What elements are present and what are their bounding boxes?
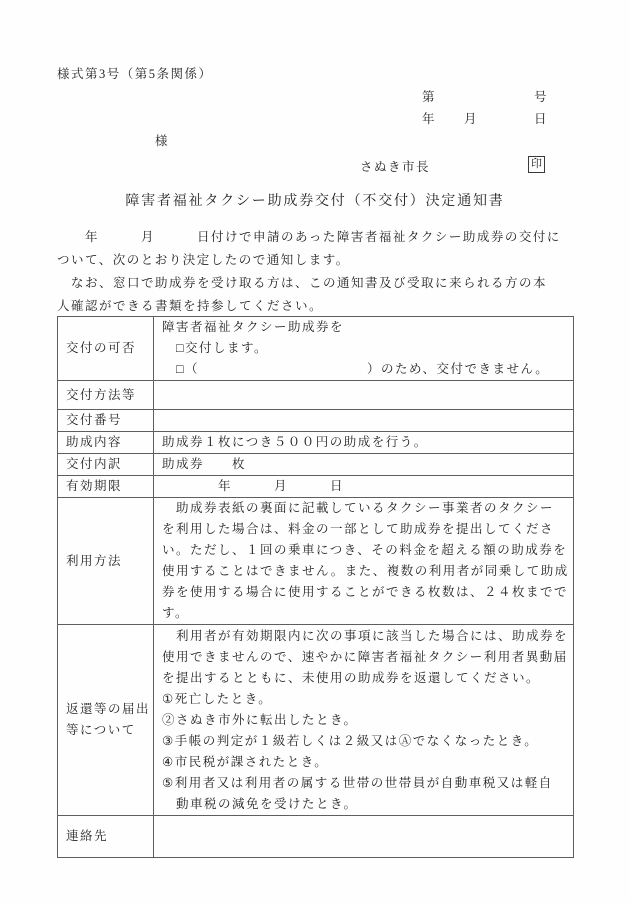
table-row-return-notification: 返還等の届出 等について 利用者が有効期限内に次の事項に該当した場合には、助成券…: [58, 625, 574, 816]
row-label: 連絡先: [58, 816, 154, 858]
document-number-line: 第 号: [422, 87, 548, 105]
sender-name: さぬき市長: [360, 157, 430, 175]
table-row-usage-instructions: 利用方法 助成券表紙の裏面に記載しているタクシー事業者のタクシー を利用した場合…: [58, 498, 574, 625]
row-content: 助成券 枚: [154, 454, 574, 476]
table-row-issuance-method: 交付方法等: [58, 381, 574, 410]
form-number: 様式第3号（第5条関係）: [57, 64, 213, 82]
seal-placeholder-icon: 印: [528, 156, 545, 173]
row-label: 有効期限: [58, 476, 154, 498]
table-row-subsidy-detail: 助成内容 助成券１枚につき５００円の助成を行う。: [58, 432, 574, 454]
intro-paragraph: 年 月 日付けで申請のあった障害者福祉タクシー助成券の交付に ついて、次のとおり…: [57, 226, 575, 318]
form-table: 交付の可否 障害者福祉タクシー助成券を □交付します。 □（ ）のため、交付でき…: [57, 316, 574, 858]
table-row-issuance-breakdown: 交付内訳 助成券 枚: [58, 454, 574, 476]
row-label: 助成内容: [58, 432, 154, 454]
row-content: 利用者が有効期限内に次の事項に該当した場合には、助成券を 使用できませんので、速…: [154, 625, 574, 816]
row-content: [154, 381, 574, 410]
table-row-issuance-decision: 交付の可否 障害者福祉タクシー助成券を □交付します。 □（ ）のため、交付でき…: [58, 317, 574, 381]
row-label: 返還等の届出 等について: [58, 625, 154, 816]
row-label: 交付内訳: [58, 454, 154, 476]
row-label: 利用方法: [58, 498, 154, 625]
row-content: 助成券表紙の裏面に記載しているタクシー事業者のタクシー を利用した場合は、料金の…: [154, 498, 574, 625]
addressee-honorific: 様: [155, 131, 169, 149]
row-content: 年 月 日: [154, 476, 574, 498]
row-content: [154, 410, 574, 432]
document-page: 様式第3号（第5条関係） 第 号 年 月 日 様 さぬき市長 印 障害者福祉タク…: [0, 0, 630, 903]
table-row-contact: 連絡先: [58, 816, 574, 858]
table-row-expiration-date: 有効期限 年 月 日: [58, 476, 574, 498]
issue-date-line: 年 月 日: [422, 109, 548, 127]
table-row-issuance-number: 交付番号: [58, 410, 574, 432]
document-title: 障害者福祉タクシー助成券交付（不交付）決定通知書: [0, 190, 630, 210]
row-content: 助成券１枚につき５００円の助成を行う。: [154, 432, 574, 454]
row-content: 障害者福祉タクシー助成券を □交付します。 □（ ）のため、交付できません。: [154, 317, 574, 381]
row-content: [154, 816, 574, 858]
row-label: 交付方法等: [58, 381, 154, 410]
row-label: 交付番号: [58, 410, 154, 432]
row-label: 交付の可否: [58, 317, 154, 381]
